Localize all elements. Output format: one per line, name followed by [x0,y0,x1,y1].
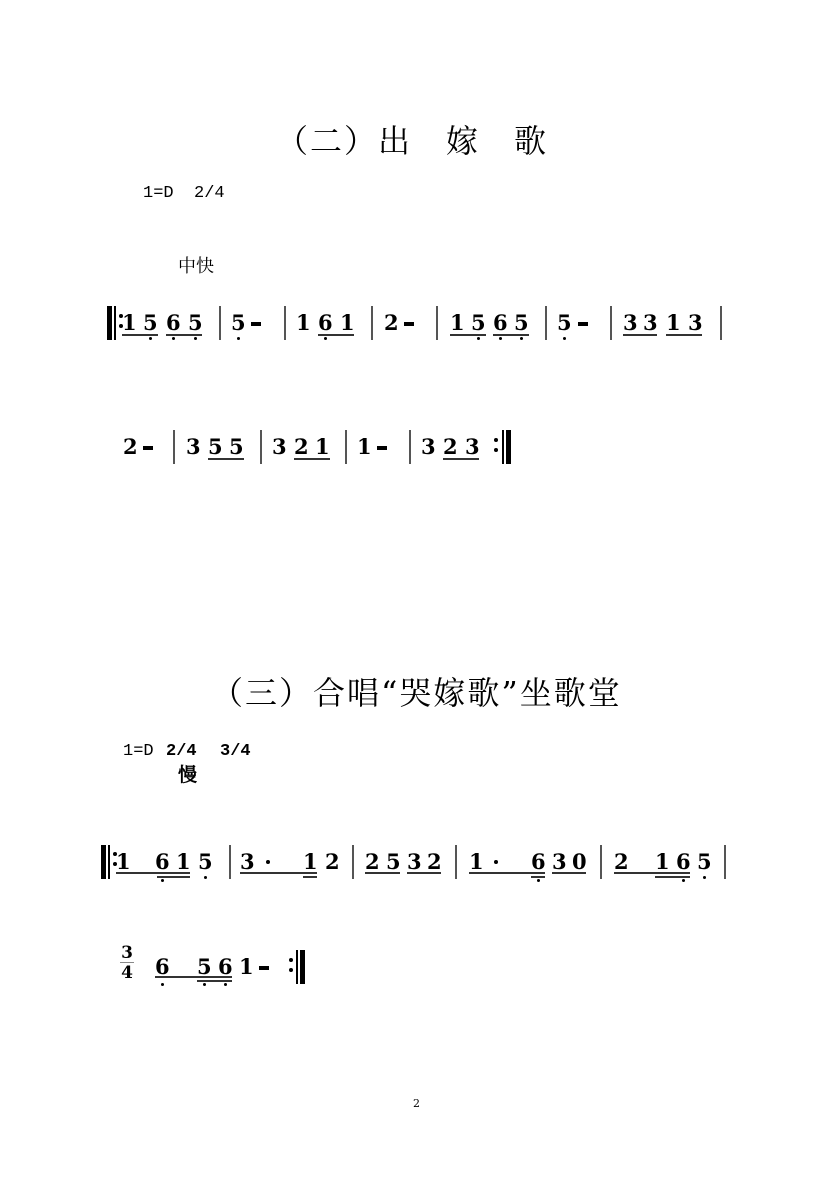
note: 6 [318,312,332,333]
underline [166,334,202,336]
underline [294,458,330,460]
note: 3 [407,851,421,872]
repeat-dot [289,958,293,962]
note: 1 [655,851,669,872]
note: 6 [166,312,180,333]
note: 6 [155,956,169,977]
note: 0 [572,851,586,872]
note: 5 [198,851,212,872]
note: 6 [531,851,545,872]
song3-time: 2/4 [166,742,197,761]
barline [720,306,722,340]
repeat-end-thick [300,950,305,984]
note: 2 [427,851,441,872]
underline [155,976,232,978]
note: 1 [340,312,354,333]
extension-dash [404,322,414,326]
barline [455,845,457,879]
underline [623,334,657,336]
note: 3 [186,436,200,457]
note: 1 [450,312,464,333]
note: 5 [557,312,571,333]
note: 6 [218,956,232,977]
page-number: 2 [413,1097,420,1110]
song2-key: 1=D [143,184,174,203]
low-octave-dot [161,879,164,882]
underline [614,872,690,874]
barline [545,306,547,340]
extension-dash [251,322,261,326]
note: 1 [315,436,329,457]
song2-time: 2/4 [194,184,225,203]
extension-dash [143,446,153,450]
underline [116,872,190,874]
note: 6 [155,851,169,872]
note: 6 [493,312,507,333]
underline [122,334,158,336]
underline [318,334,354,336]
underline [240,872,317,874]
barline [724,845,726,879]
note: 5 [208,436,222,457]
low-octave-dot [563,337,566,340]
note: 3 [465,436,479,457]
low-octave-dot [194,337,197,340]
barline [173,430,175,464]
underline [450,334,486,336]
note: 2 [384,312,398,333]
underline [365,872,400,874]
underline [407,872,441,874]
repeat-end-thin [502,430,504,464]
extension-dash [377,446,387,450]
note: 1 [239,956,253,977]
note: 2 [123,436,137,457]
low-octave-dot [224,983,227,986]
augmentation-dot [494,860,498,864]
barline [229,845,231,879]
time-signature-top: 3 [120,946,134,961]
underline-double [303,876,317,878]
underline [552,872,586,874]
low-octave-dot [161,983,164,986]
low-octave-dot [703,876,706,879]
note: 2 [614,851,628,872]
note: 3 [552,851,566,872]
low-octave-dot [324,337,327,340]
note: 5 [471,312,485,333]
low-octave-dot [682,879,685,882]
note: 1 [176,851,190,872]
note: 5 [188,312,202,333]
note: 3 [623,312,637,333]
low-octave-dot [477,337,480,340]
barline [260,430,262,464]
repeat-start-thick [107,306,112,340]
note: 2 [365,851,379,872]
underline [666,334,702,336]
song3-tempo: 慢 [178,760,197,787]
note: 5 [514,312,528,333]
song2-tempo: 中快 [178,252,214,278]
low-octave-dot [520,337,523,340]
repeat-end-thick [506,430,511,464]
barline [409,430,411,464]
low-octave-dot [204,876,207,879]
note: 5 [229,436,243,457]
underline-double [197,980,232,982]
barline [345,430,347,464]
extension-dash [259,966,269,970]
barline [436,306,438,340]
note: 5 [143,312,157,333]
low-octave-dot [203,983,206,986]
barline [219,306,221,340]
extension-dash [578,322,588,326]
note: 2 [443,436,457,457]
repeat-start-thin [114,306,116,340]
note: 2 [325,851,339,872]
note: 1 [469,851,483,872]
note: 3 [688,312,702,333]
song3-title: （三）合唱“哭嫁歌”坐歌堂 [211,668,622,714]
low-octave-dot [237,337,240,340]
note: 5 [697,851,711,872]
note: 6 [676,851,690,872]
note: 1 [122,312,136,333]
note: 1 [303,851,317,872]
repeat-dot [289,968,293,972]
underline-double [531,876,545,878]
underline-double [157,876,190,878]
underline [493,334,529,336]
underline [469,872,545,874]
repeat-start-thin [108,845,110,879]
underline [443,458,479,460]
barline [284,306,286,340]
note: 5 [197,956,211,977]
barline [610,306,612,340]
barline [371,306,373,340]
underline-double [655,876,690,878]
note: 5 [386,851,400,872]
repeat-start-thick [101,845,106,879]
augmentation-dot [266,860,270,864]
song3-key: 1=D [123,742,154,761]
note: 3 [643,312,657,333]
song2-title: （二）出 嫁 歌 [276,116,548,162]
repeat-end-thin [296,950,298,984]
underline [208,458,244,460]
repeat-dot [494,438,498,442]
note: 3 [240,851,254,872]
note: 1 [296,312,310,333]
note: 3 [272,436,286,457]
note: 1 [116,851,130,872]
low-octave-dot [149,337,152,340]
low-octave-dot [537,879,540,882]
note: 2 [294,436,308,457]
note: 5 [231,312,245,333]
low-octave-dot [172,337,175,340]
repeat-dot [494,448,498,452]
note: 3 [421,436,435,457]
barline [600,845,602,879]
low-octave-dot [499,337,502,340]
note: 1 [357,436,371,457]
note: 1 [666,312,680,333]
song3-time-alt: 3/4 [220,742,251,761]
time-signature-bottom: 4 [120,966,134,981]
barline [352,845,354,879]
